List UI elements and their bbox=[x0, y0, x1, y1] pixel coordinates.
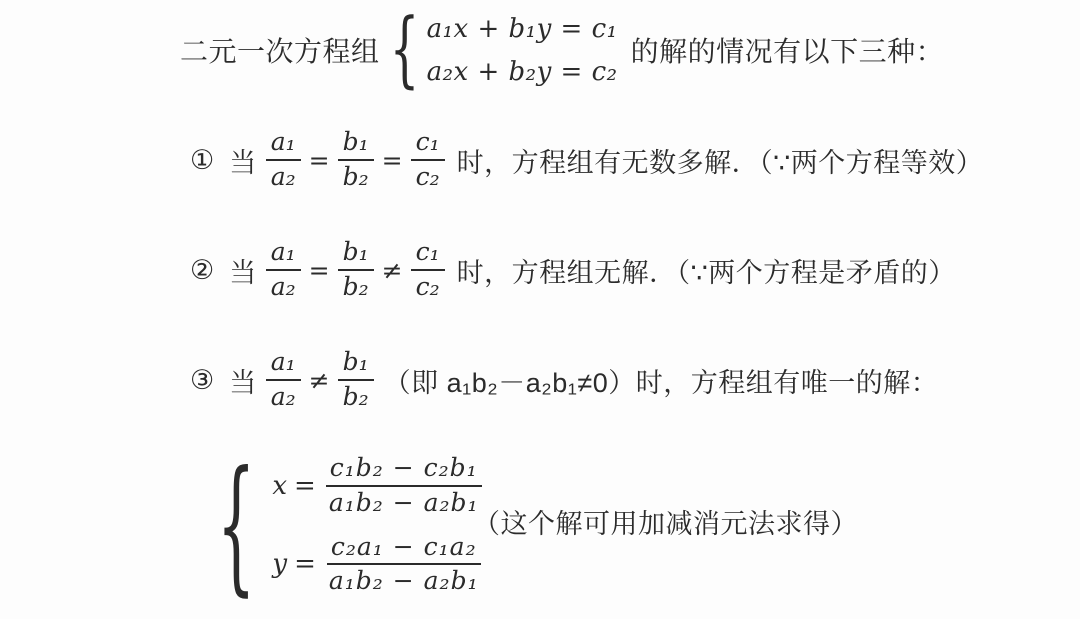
math-note-page: 二元一次方程组 { a₁x + b₁y = c₁ a₂x + b₂y = c₂ … bbox=[0, 0, 1080, 619]
relation-equals: = bbox=[309, 256, 330, 285]
case-1-conclusion: 时，方程组有无数多解．（∵两个方程等效） bbox=[457, 141, 984, 180]
equation-2: a₂x + b₂y = c₂ bbox=[427, 57, 618, 87]
variable-x: x bbox=[272, 471, 287, 501]
case-1-number: ① bbox=[190, 145, 214, 176]
solution-method-note: （这个解可用加减消元法求得） bbox=[473, 502, 858, 541]
fraction-a1-a2: a₁ a₂ bbox=[266, 238, 301, 302]
case-3-number: ③ bbox=[190, 365, 214, 396]
case-2-conclusion: 时，方程组无解．（∵两个方程是矛盾的） bbox=[457, 251, 956, 290]
solution-x-equation: x = c₁b₂ − c₂b₁ a₁b₂ − a₂b₁ bbox=[272, 454, 482, 518]
solution-system: { x = c₁b₂ − c₂b₁ a₁b₂ − a₂b₁ y = c₂a₁ −… bbox=[212, 441, 483, 609]
fraction-a1-a2: a₁ a₂ bbox=[266, 128, 301, 192]
case-2-number: ② bbox=[190, 255, 214, 286]
relation-equals: = bbox=[294, 471, 316, 501]
relation-not-equals: ≠ bbox=[382, 256, 403, 285]
solution-left-brace: { bbox=[217, 452, 256, 598]
case-2-line: ② 当 a₁ a₂ = b₁ b₂ ≠ c₁ c₂ 时，方程组无解．（∵两个方程… bbox=[190, 226, 956, 314]
heading-prefix: 二元一次方程组 bbox=[180, 30, 380, 70]
case-3-conclusion: 时，方程组有唯一的解： bbox=[636, 361, 939, 400]
relation-not-equals: ≠ bbox=[309, 366, 330, 395]
solution-equations: x = c₁b₂ − c₂b₁ a₁b₂ − a₂b₁ y = c₂a₁ − c… bbox=[272, 454, 482, 596]
relation-equals: = bbox=[294, 549, 316, 579]
fraction-b1-b2: b₁ b₂ bbox=[338, 238, 374, 302]
case-1-lead: 当 bbox=[229, 141, 257, 180]
case-2-lead: 当 bbox=[229, 251, 257, 290]
variable-y: y bbox=[272, 549, 287, 579]
relation-equals: = bbox=[382, 146, 403, 175]
system-left-brace: { bbox=[389, 9, 419, 91]
fraction-b1-b2: b₁ b₂ bbox=[338, 348, 374, 412]
relation-equals: = bbox=[309, 146, 330, 175]
case-3-line: ③ 当 a₁ a₂ ≠ b₁ b₂ （即 a₁b₂－a₂b₁≠0） 时，方程组有… bbox=[190, 336, 938, 424]
fraction-a1-a2: a₁ a₂ bbox=[266, 348, 301, 412]
case-3-determinant-condition: （即 a₁b₂－a₂b₁≠0） bbox=[384, 361, 636, 400]
fraction-x-solution: c₁b₂ − c₂b₁ a₁b₂ − a₂b₁ bbox=[325, 454, 483, 518]
fraction-y-solution: c₂a₁ − c₁a₂ a₁b₂ − a₂b₁ bbox=[325, 533, 483, 597]
heading-line: 二元一次方程组 { a₁x + b₁y = c₁ a₂x + b₂y = c₂ … bbox=[180, 4, 944, 96]
case-1-line: ① 当 a₁ a₂ = b₁ b₂ = c₁ c₂ 时，方程组有无数多解．（∵两… bbox=[190, 116, 983, 204]
case-3-lead: 当 bbox=[229, 361, 257, 400]
fraction-c1-c2: c₁ c₂ bbox=[411, 238, 445, 302]
solution-y-equation: y = c₂a₁ − c₁a₂ a₁b₂ − a₂b₁ bbox=[272, 533, 482, 597]
equation-1: a₁x + b₁y = c₁ bbox=[427, 14, 618, 44]
fraction-c1-c2: c₁ c₂ bbox=[411, 128, 445, 192]
heading-suffix: 的解的情况有以下三种： bbox=[631, 30, 945, 70]
equation-system: a₁x + b₁y = c₁ a₂x + b₂y = c₂ bbox=[427, 14, 618, 87]
fraction-b1-b2: b₁ b₂ bbox=[338, 128, 374, 192]
